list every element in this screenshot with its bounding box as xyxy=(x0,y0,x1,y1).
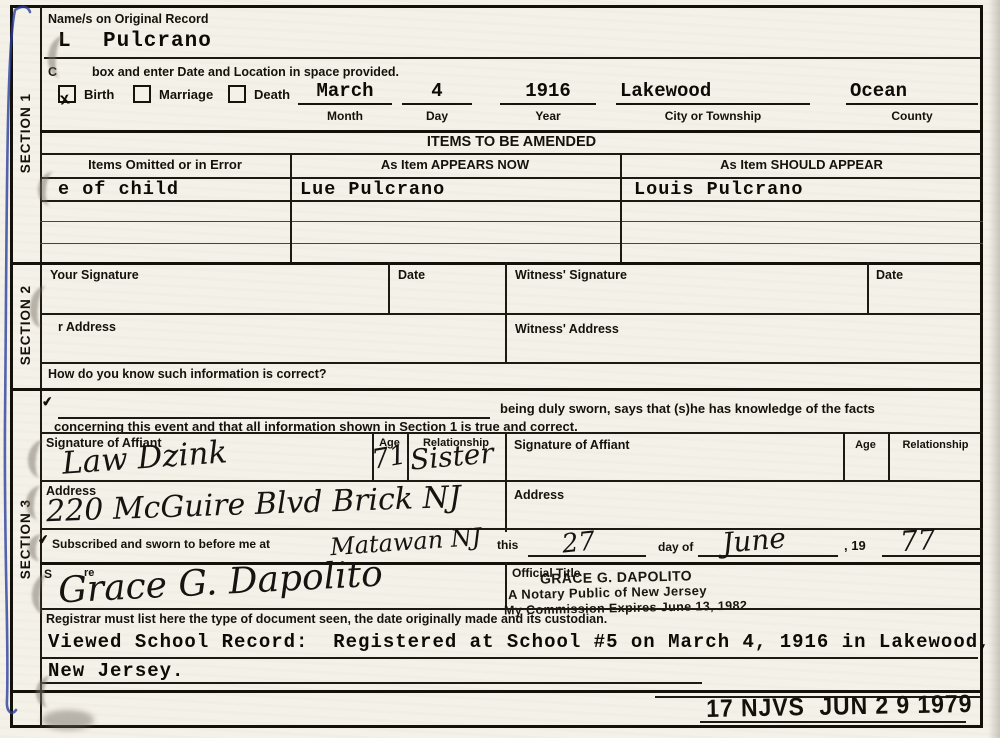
city-value: Lakewood xyxy=(616,80,810,105)
day-field: 4 Day xyxy=(402,80,472,123)
cell-divider xyxy=(867,262,869,313)
cell-divider xyxy=(388,262,390,313)
date-received-stamp: 17 NJVS JUN 2 9 1979 xyxy=(706,690,973,724)
amend-col-header-should: As Item SHOULD APPEAR xyxy=(620,157,983,172)
checkmark-icon: ✔ xyxy=(41,393,54,410)
day-value: 4 xyxy=(402,80,472,105)
registrar-entry-line2: New Jersey. xyxy=(48,660,184,682)
scan-edge-shadow xyxy=(988,0,1000,738)
city-field: Lakewood City or Township xyxy=(616,80,810,123)
correctness-question: How do you know such information is corr… xyxy=(48,367,327,381)
cell-divider xyxy=(505,262,507,362)
cell-divider xyxy=(372,432,374,480)
affiant-address-2-label: Address xyxy=(514,488,564,502)
sworn-month-handwriting: June xyxy=(721,521,788,559)
checkbox-label-marriage: Marriage xyxy=(159,87,213,102)
entry-underline xyxy=(40,657,978,659)
row-divider xyxy=(40,528,983,530)
subscribed-text: Subscribed and sworn to before me at xyxy=(52,537,270,551)
row-divider xyxy=(40,177,983,179)
event-type-checkbox-marriage: Marriage xyxy=(133,85,213,103)
column-divider xyxy=(290,153,292,262)
date-label: Date xyxy=(398,268,425,282)
day-label: Day xyxy=(426,109,448,123)
name-on-record-value: Pulcrano xyxy=(103,30,212,53)
checkbox-box-death xyxy=(228,85,246,103)
name-on-record-label: Name/s on Original Record xyxy=(48,12,208,26)
amend-row-item: e of child xyxy=(58,179,179,200)
witness-date-label: Date xyxy=(876,268,903,282)
row-divider xyxy=(40,130,983,133)
check-instruction: box and enter Date and Location in space… xyxy=(92,65,399,79)
cell-divider xyxy=(843,432,845,480)
amend-table-title: ITEMS TO BE AMENDED xyxy=(40,134,983,150)
scanned-amendment-form: SECTION 1 SECTION 2 SECTION 3 Name/s on … xyxy=(0,0,1000,738)
relationship-2-label: Relationship xyxy=(888,439,983,451)
write-line xyxy=(40,243,983,244)
entry-underline xyxy=(40,682,702,684)
witness-signature-label: Witness' Signature xyxy=(515,268,627,282)
county-label: County xyxy=(891,109,932,123)
checkbox-box-marriage xyxy=(133,85,151,103)
section-1-label: SECTION 1 xyxy=(10,5,40,262)
amend-col-header-item: Items Omitted or in Error xyxy=(40,157,290,172)
column-divider xyxy=(620,153,622,262)
month-label: Month xyxy=(327,109,363,123)
event-type-checkbox-birth: x Birth xyxy=(58,85,114,103)
your-address-label: r Address xyxy=(58,320,116,334)
sidebar-divider xyxy=(40,5,42,728)
this-text: this xyxy=(497,538,518,552)
cell-divider xyxy=(407,432,409,480)
checkbox-x-mark: x xyxy=(59,89,71,107)
checkbox-label-birth: Birth xyxy=(84,87,114,102)
signature-of-affiant-2-label: Signature of Affiant xyxy=(514,438,630,452)
city-label: City or Township xyxy=(665,109,761,123)
sworn-day-handwriting: 27 xyxy=(561,526,597,559)
witness-address-label: Witness' Address xyxy=(515,322,619,336)
name-underline xyxy=(44,57,980,59)
row-divider xyxy=(40,362,983,364)
year-field: 1916 Year xyxy=(500,80,596,123)
row-divider xyxy=(40,200,983,202)
amend-row-appears-now: Lue Pulcrano xyxy=(300,179,445,200)
smudge-artifact xyxy=(42,710,94,730)
event-type-checkbox-death: Death xyxy=(228,85,290,103)
row-divider xyxy=(40,313,983,315)
amend-row-should-appear: Louis Pulcrano xyxy=(634,179,803,200)
row-divider xyxy=(40,608,983,610)
row-divider xyxy=(40,432,983,434)
checkbox-label-death: Death xyxy=(254,87,290,102)
row-divider xyxy=(40,480,983,482)
amend-col-header-appears: As Item APPEARS NOW xyxy=(290,157,620,172)
cell-divider xyxy=(505,432,507,532)
cell-divider xyxy=(888,432,890,480)
month-value: March xyxy=(298,80,392,105)
section-divider xyxy=(10,262,983,265)
month-field: March Month xyxy=(298,80,392,123)
write-line xyxy=(40,221,983,222)
section-divider xyxy=(10,388,983,391)
your-signature-label: Your Signature xyxy=(50,268,139,282)
row-divider xyxy=(40,153,983,155)
affiant-age-handwriting: 71 xyxy=(370,439,409,475)
county-field: Ocean County xyxy=(846,80,978,123)
year-label: Year xyxy=(535,109,560,123)
nineteen-text: , 19 xyxy=(844,538,866,553)
checkbox-box-birth: x xyxy=(58,85,76,103)
registrar-note: Registrar must list here the type of doc… xyxy=(46,612,607,626)
county-value: Ocean xyxy=(846,80,978,105)
registrar-entry-line1: Viewed School Record: Registered at Scho… xyxy=(48,631,991,653)
day-of-text: day of xyxy=(658,540,693,554)
sworn-year-handwriting: 77 xyxy=(899,523,937,558)
year-value: 1916 xyxy=(500,80,596,105)
cell-divider xyxy=(505,562,507,608)
age-2-label: Age xyxy=(843,439,888,451)
sworn-text-line1: being duly sworn, says that (s)he has kn… xyxy=(500,401,875,416)
